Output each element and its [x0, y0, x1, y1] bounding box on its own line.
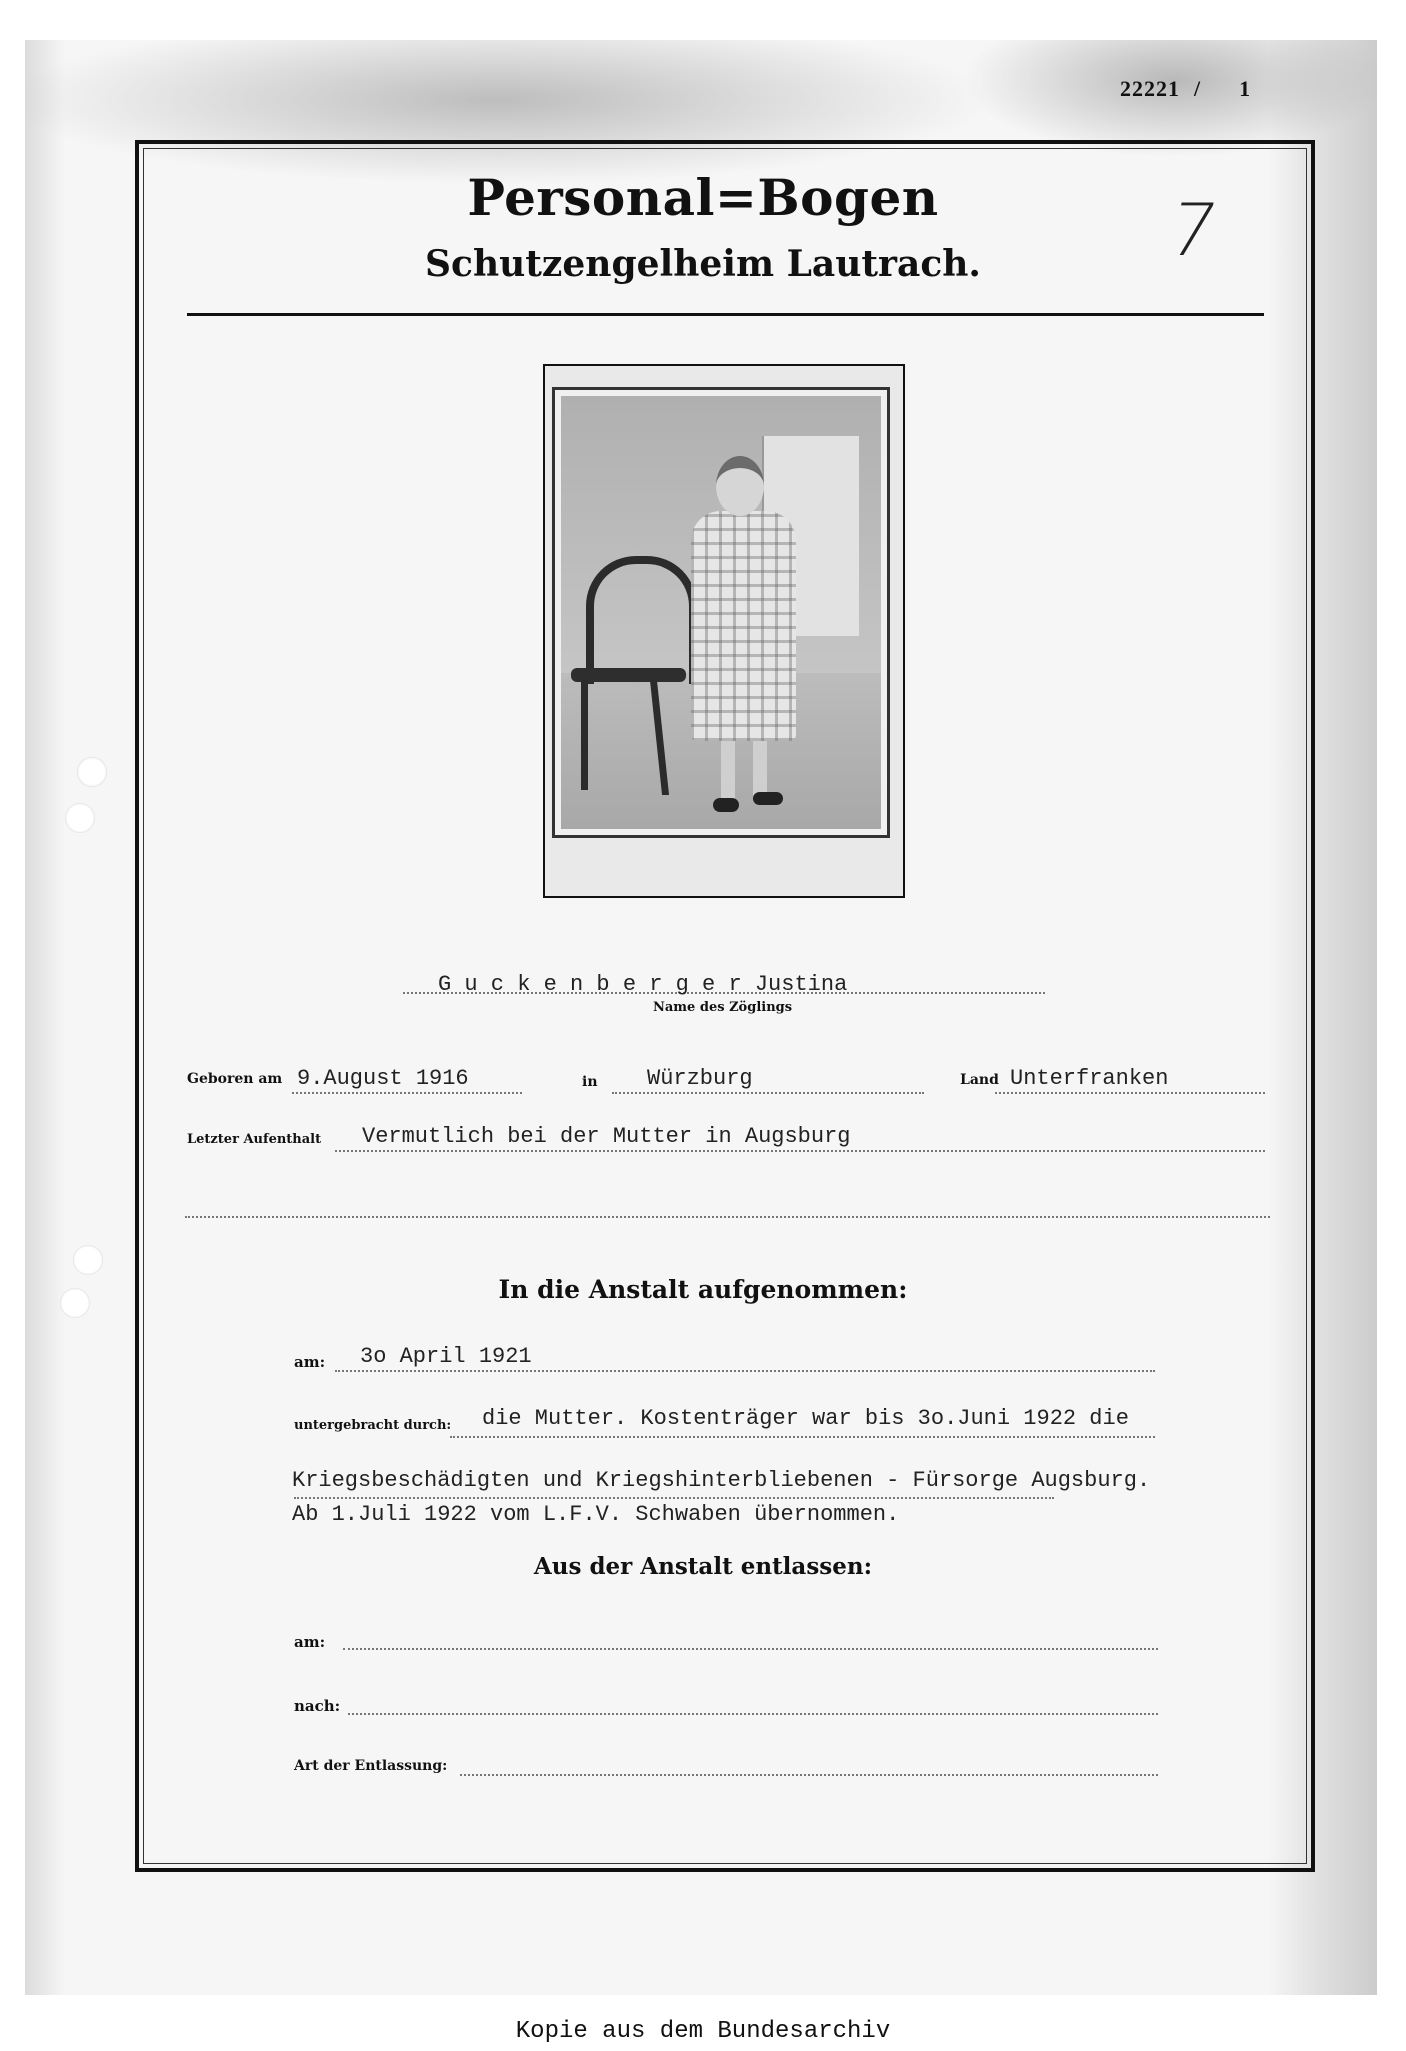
- document-page: 1: [1239, 76, 1251, 101]
- region-label: Land: [960, 1072, 999, 1088]
- photo-girl-shoe: [753, 792, 783, 805]
- punch-hole: [73, 1245, 103, 1275]
- photo-chair-seat: [571, 668, 686, 682]
- last-stay-value: Vermutlich bei der Mutter in Augsburg: [362, 1124, 850, 1149]
- birthplace-field-line: [612, 1092, 924, 1094]
- region-field-line: [995, 1092, 1265, 1094]
- discharge-heading: Aus der Anstalt entlassen:: [0, 1553, 1406, 1580]
- document-id: 22221: [1120, 76, 1180, 101]
- admission-date-field-line: [335, 1370, 1155, 1372]
- discharge-to-label: nach:: [294, 1697, 340, 1715]
- born-field-line: [292, 1092, 522, 1094]
- placed-by-value-line1: die Mutter. Kostenträger war bis 3o.Juni…: [482, 1406, 1129, 1431]
- photo-chair: [586, 556, 697, 684]
- placed-by-value-line2: Kriegsbeschädigten und Kriegshinterblieb…: [292, 1468, 1150, 1493]
- birthplace-value: Würzburg: [647, 1066, 753, 1091]
- last-stay-field-line: [335, 1150, 1265, 1152]
- pupil-photo: [555, 390, 887, 835]
- placed-by-field-line: [450, 1436, 1155, 1438]
- born-date-value: 9.August 1916: [297, 1066, 469, 1091]
- placed-by-value-line3: Ab 1.Juli 1922 vom L.F.V. Schwaben übern…: [292, 1502, 899, 1527]
- photo-chair-leg: [581, 680, 588, 790]
- punch-hole: [77, 757, 107, 787]
- placed-by-label: untergebracht durch:: [294, 1418, 451, 1433]
- admission-heading: In die Anstalt aufgenommen:: [0, 1275, 1406, 1304]
- region-value: Unterfranken: [1010, 1066, 1168, 1091]
- archive-caption: Kopie aus dem Bundesarchiv: [0, 2018, 1406, 2045]
- photo-girl-shoe: [713, 798, 739, 812]
- discharge-date-field-line: [343, 1648, 1158, 1650]
- punch-hole: [65, 803, 95, 833]
- birthplace-label: in: [582, 1074, 598, 1090]
- discharge-type-field-line: [460, 1774, 1158, 1776]
- discharge-date-label: am:: [294, 1633, 325, 1651]
- photo-girl-dress: [691, 511, 796, 741]
- born-label: Geboren am: [187, 1071, 282, 1087]
- document-number: 22221/1: [1120, 76, 1251, 102]
- document-number-separator: /: [1194, 76, 1201, 101]
- placed-by-field-line-2: [294, 1497, 1054, 1499]
- admission-date-value: 3o April 1921: [360, 1344, 532, 1369]
- discharge-type-label: Art der Entlassung:: [294, 1758, 447, 1774]
- pupil-name-value: G u c k e n b e r g e r Justina: [438, 972, 847, 997]
- photo-girl-leg: [753, 741, 767, 796]
- empty-field-line: [185, 1216, 1270, 1218]
- photo-girl-head: [716, 456, 764, 516]
- pupil-name-label: Name des Zöglings: [653, 1000, 792, 1015]
- photo-girl-leg: [721, 741, 735, 801]
- discharge-to-field-line: [348, 1713, 1158, 1715]
- admission-date-label: am:: [294, 1353, 325, 1371]
- last-stay-label: Letzter Aufenthalt: [187, 1132, 321, 1147]
- header-divider: [187, 313, 1264, 316]
